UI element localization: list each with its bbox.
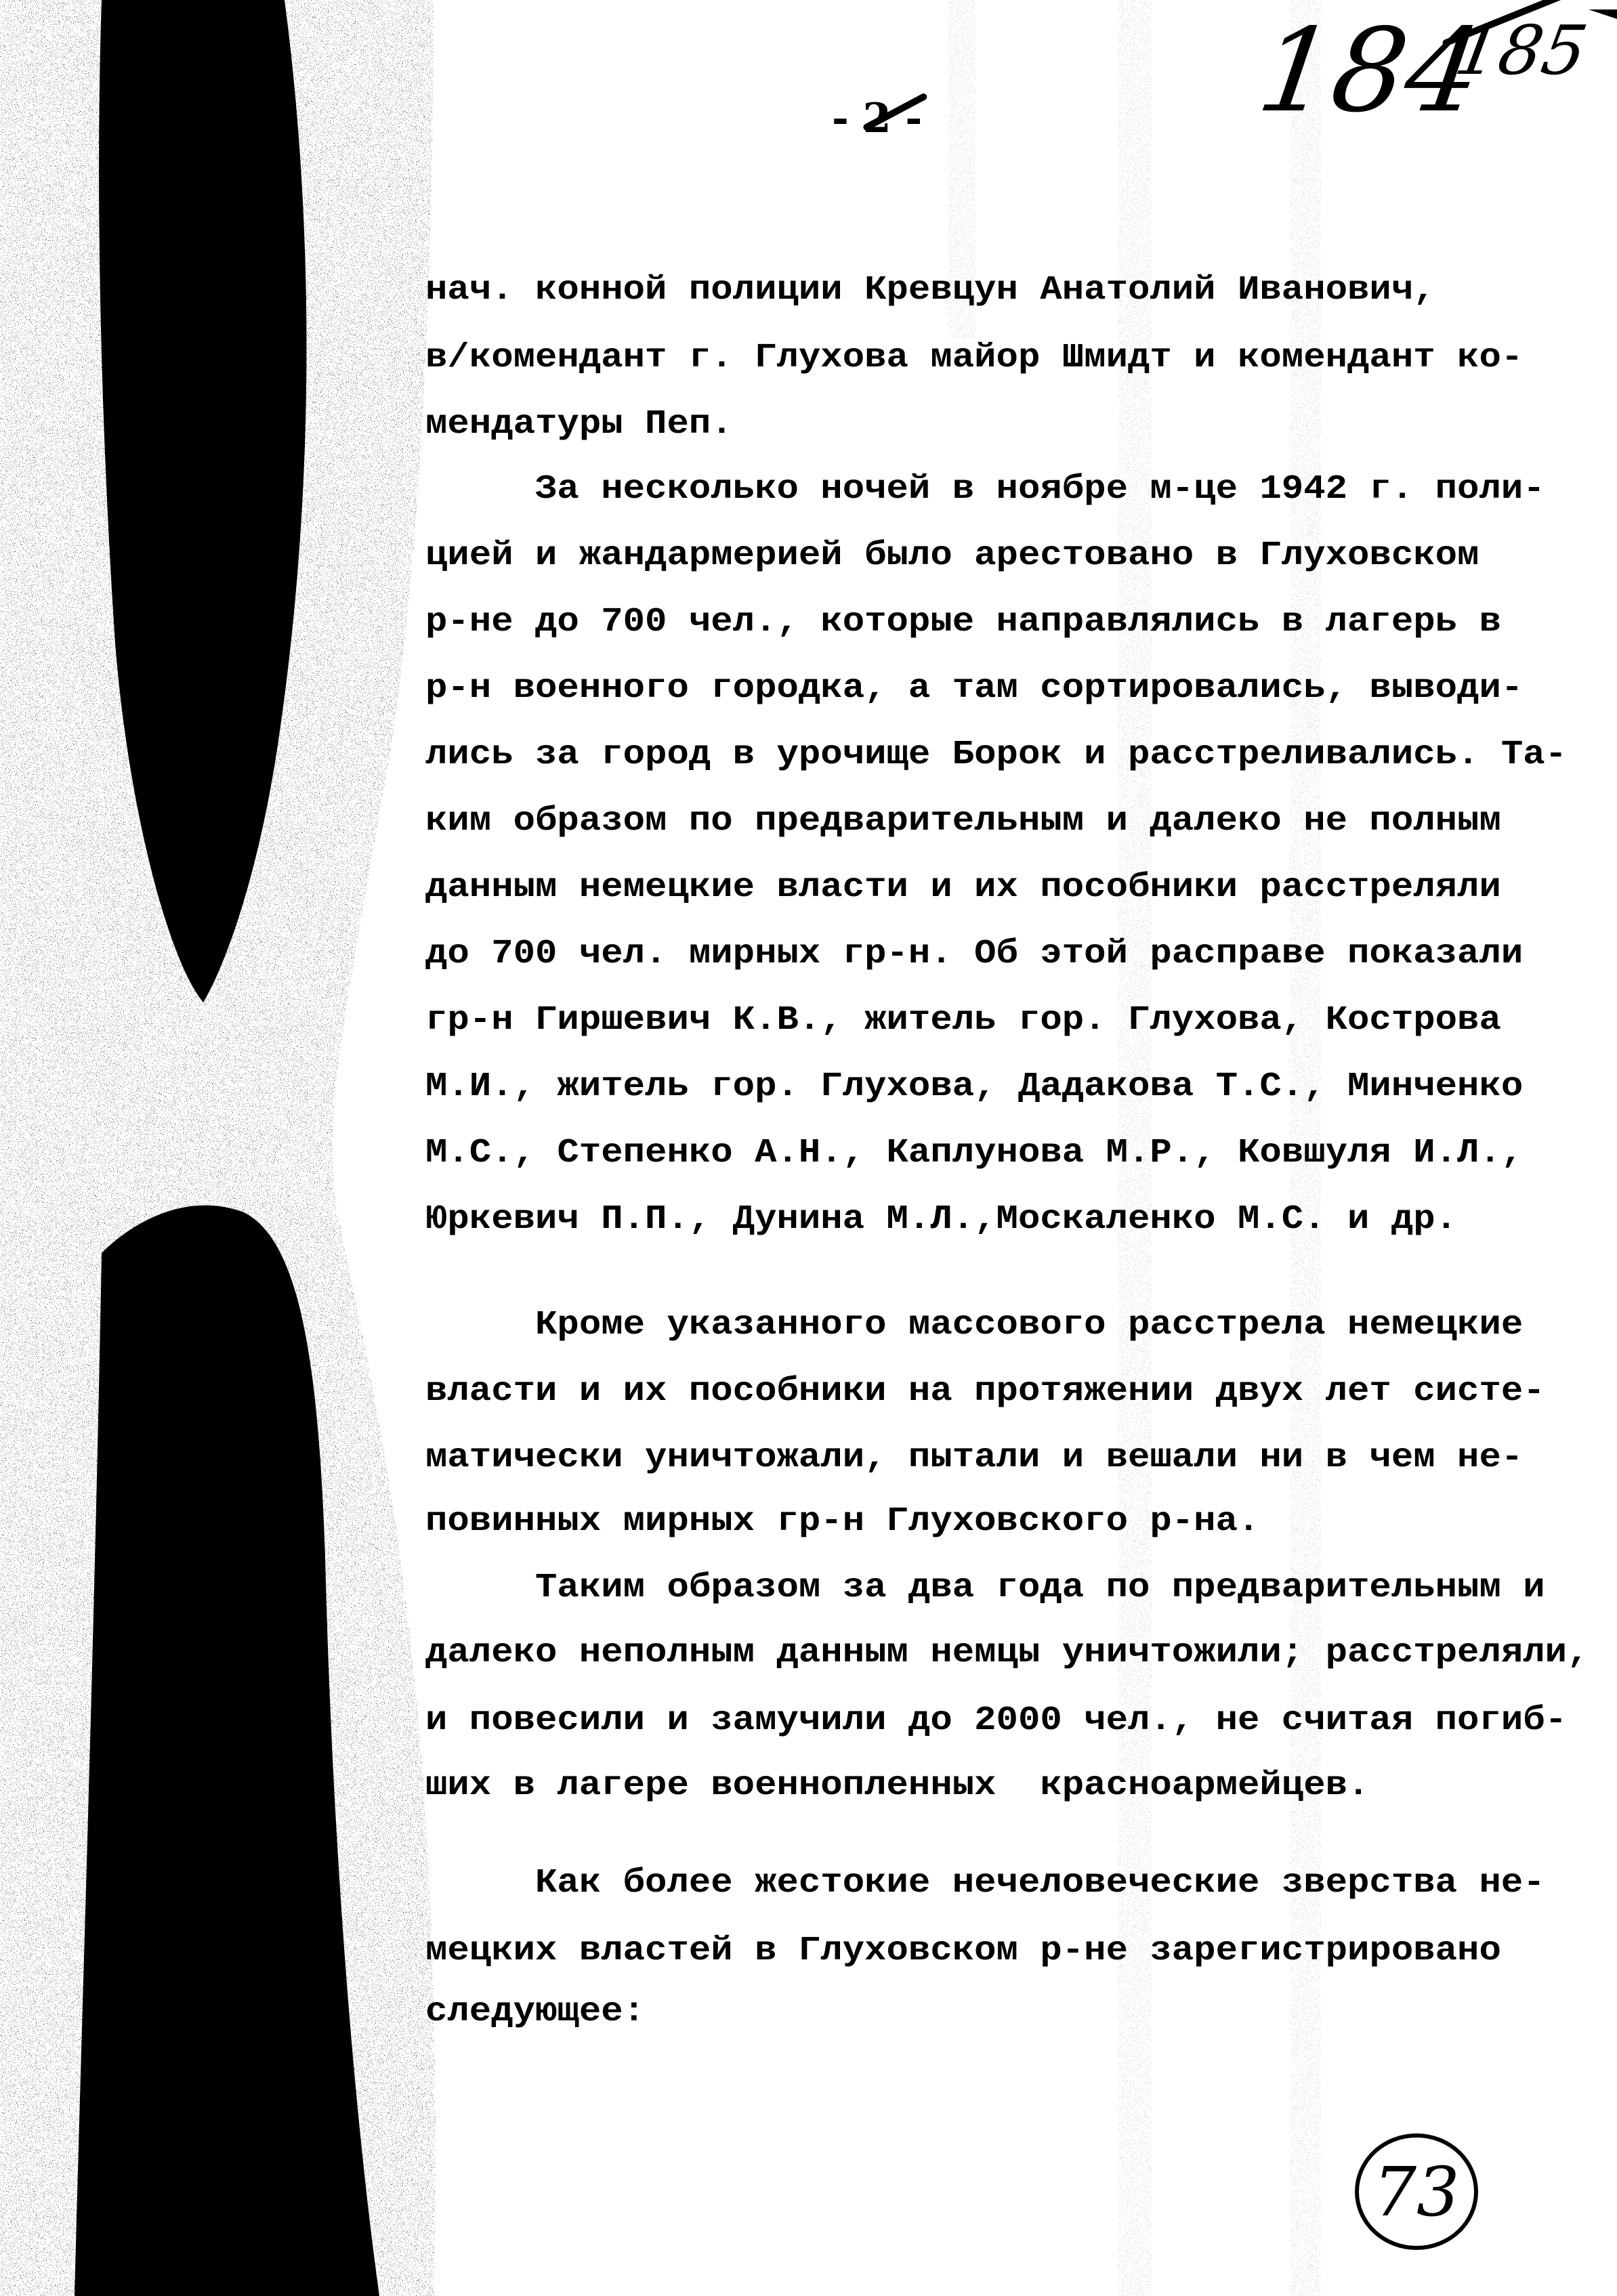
text-line: нач. конной полиции Кревцун Анатолий Ива… — [425, 274, 1435, 307]
text-line: р-н военного городка, а там сортировалис… — [425, 672, 1523, 706]
text-line: данным немецкие власти и их пособники ра… — [425, 871, 1501, 905]
text-line: далеко неполным данным немцы уничтожили;… — [425, 1636, 1589, 1670]
text-line: Юркевич П.П., Дунина М.Л.,Москаленко М.С… — [425, 1203, 1457, 1237]
text-line: М.И., житель гор. Глухова, Дадакова Т.С.… — [425, 1070, 1523, 1104]
text-line: Кроме указанного массового расстрела нем… — [425, 1309, 1523, 1342]
text-line: матически уничтожали, пытали и вешали ни… — [425, 1441, 1523, 1475]
text-line: в/комендант г. Глухова майор Шмидт и ком… — [425, 341, 1523, 375]
struck-folio-number: 185 — [1450, 17, 1592, 85]
text-line: повинных мирных гр-н Глуховского р-на. — [425, 1505, 1259, 1539]
text-line: М.С., Степенко А.Н., Каплунова М.Р., Ков… — [425, 1136, 1523, 1170]
scanned-document-page: - 2 - 184 185 нач. конной полиции Кревцу… — [0, 0, 1617, 2296]
text-line: За несколько ночей в ноябре м-це 1942 г.… — [425, 473, 1545, 507]
text-line: Таким образом за два года по предварител… — [425, 1571, 1545, 1605]
text-line: следующее: — [425, 1995, 645, 2029]
corner-triangle-mark — [1589, 9, 1617, 19]
text-line: Как более жестокие нечеловеческие зверст… — [425, 1867, 1545, 1900]
archive-number-text: 73 — [1373, 2152, 1459, 2232]
text-line: лись за город в урочище Борок и расстрел… — [425, 738, 1567, 772]
text-line: ким образом по предварительным и далеко … — [425, 805, 1501, 838]
circled-archive-number: 73 — [1355, 2133, 1478, 2250]
text-line: мендатуры Пеп. — [425, 408, 733, 442]
text-line: ших в лагере военнопленных красноармейце… — [425, 1769, 1369, 1803]
text-line: цией и жандармерией было арестовано в Гл… — [425, 539, 1479, 573]
text-line: и повесили и замучили до 2000 чел., не с… — [425, 1704, 1567, 1738]
text-line: до 700 чел. мирных гр-н. Об этой расправ… — [425, 937, 1523, 971]
text-line: гр-н Гиршевич К.В., житель гор. Глухова,… — [425, 1004, 1501, 1038]
text-line: р-не до 700 чел., которые направлялись в… — [425, 605, 1501, 639]
text-line: мецких властей в Глуховском р-не зарегис… — [425, 1934, 1501, 1968]
text-line: власти и их пособники на протяжении двух… — [425, 1375, 1545, 1409]
